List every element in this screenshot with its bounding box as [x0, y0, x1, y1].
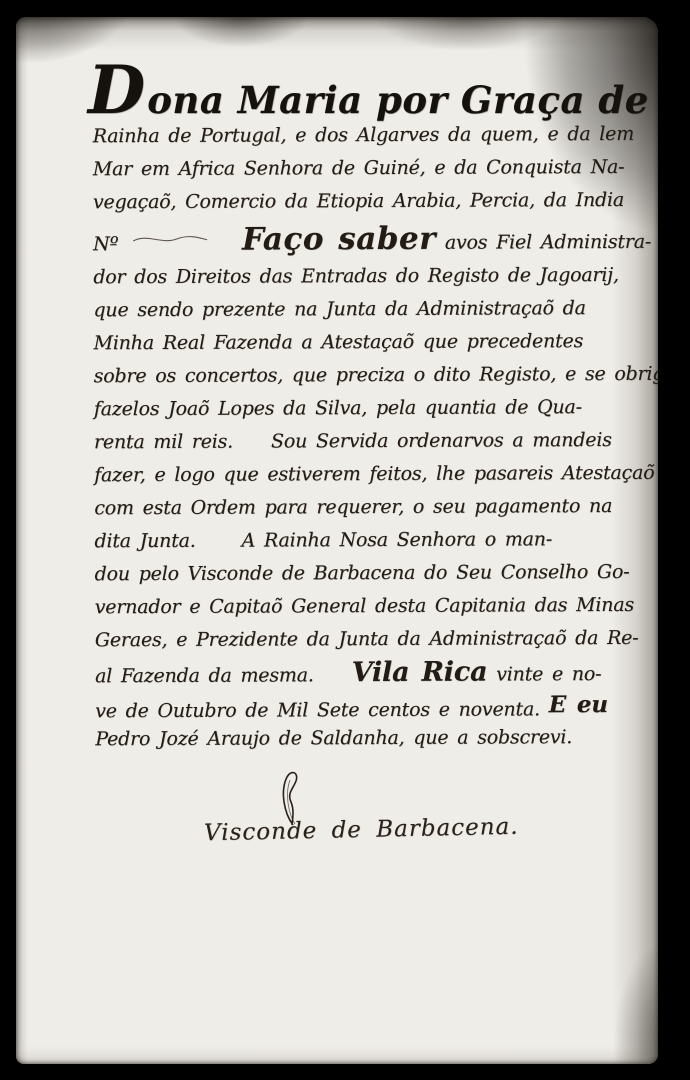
line-segment: vinte e no- [496, 663, 601, 685]
manuscript-line: vernador e Capitaõ General desta Capitan… [95, 589, 658, 624]
line-segment: Sou Servida ordenarvos a mandeis [271, 429, 612, 452]
manuscript-line: que sendo prezente na Junta da Administr… [93, 292, 658, 327]
signature-line: Visconde de Barbacena. [204, 814, 519, 847]
manuscript-line: fazelos Joaõ Lopes da Silva, pela quanti… [94, 391, 658, 426]
line-segment: E eu [549, 691, 608, 718]
document-number-label: Nº [93, 233, 118, 255]
manuscript-line: Minha Real Fazenda a Atestaçaõ que prece… [94, 325, 658, 360]
line-segment: dita Junta. [94, 530, 195, 552]
manuscript-line: Geraes, e Prezidente da Junta da Adminis… [95, 622, 658, 657]
incipit-phrase: Faço saber [242, 221, 436, 258]
scribe-line: Pedro Jozé Araujo de Saldanha, que a sob… [95, 721, 658, 756]
line-segment: renta mil reis. [94, 431, 233, 454]
manuscript-line: com esta Ordem para requerer, o seu paga… [94, 490, 658, 525]
manuscript-line: Mar em Africa Senhora de Guiné, e da Con… [93, 151, 658, 186]
manuscript-paper: Dona Maria por Graça de Deos Rainha de P… [16, 17, 658, 1064]
line-segment: ve de Outubro de Mil Sete centos e noven… [95, 698, 540, 722]
manuscript-line: Rainha de Portugal, e dos Algarves da qu… [93, 118, 658, 153]
line-segment: al Fazenda da mesma. [95, 664, 314, 687]
incipit-continuation: avos Fiel Administra- [445, 231, 651, 254]
manuscript-line: ve de Outubro de Mil Sete centos e noven… [95, 688, 658, 723]
line-segment: A Rainha Nosa Senhora o man- [242, 528, 553, 551]
manuscript-line: dor dos Direitos das Entradas do Registo… [93, 259, 658, 294]
manuscript-line: renta mil reis.Sou Servida ordenarvos a … [94, 424, 658, 459]
manuscript-line: fazer, e logo que estiverem feitos, lhe … [94, 457, 658, 492]
place-name: Vila Rica [352, 657, 488, 689]
manuscript-body: Rainha de Portugal, e dos Algarves da qu… [93, 118, 658, 756]
manuscript-line: dita Junta.A Rainha Nosa Senhora o man- [94, 523, 658, 558]
flourish-line-icon [122, 229, 218, 251]
incipit-line: Nº Faço saber avos Fiel Administra- [93, 217, 658, 261]
manuscript-line: al Fazenda da mesma.Vila Rica vinte e no… [95, 655, 658, 690]
page-background: Dona Maria por Graça de Deos Rainha de P… [0, 0, 690, 1080]
manuscript-line: vegaçaõ, Comercio da Etiopia Arabia, Per… [93, 184, 658, 219]
manuscript-line: dou pelo Visconde de Barbacena do Seu Co… [95, 556, 658, 591]
manuscript-line: sobre os concertos, que preciza o dito R… [94, 358, 658, 393]
